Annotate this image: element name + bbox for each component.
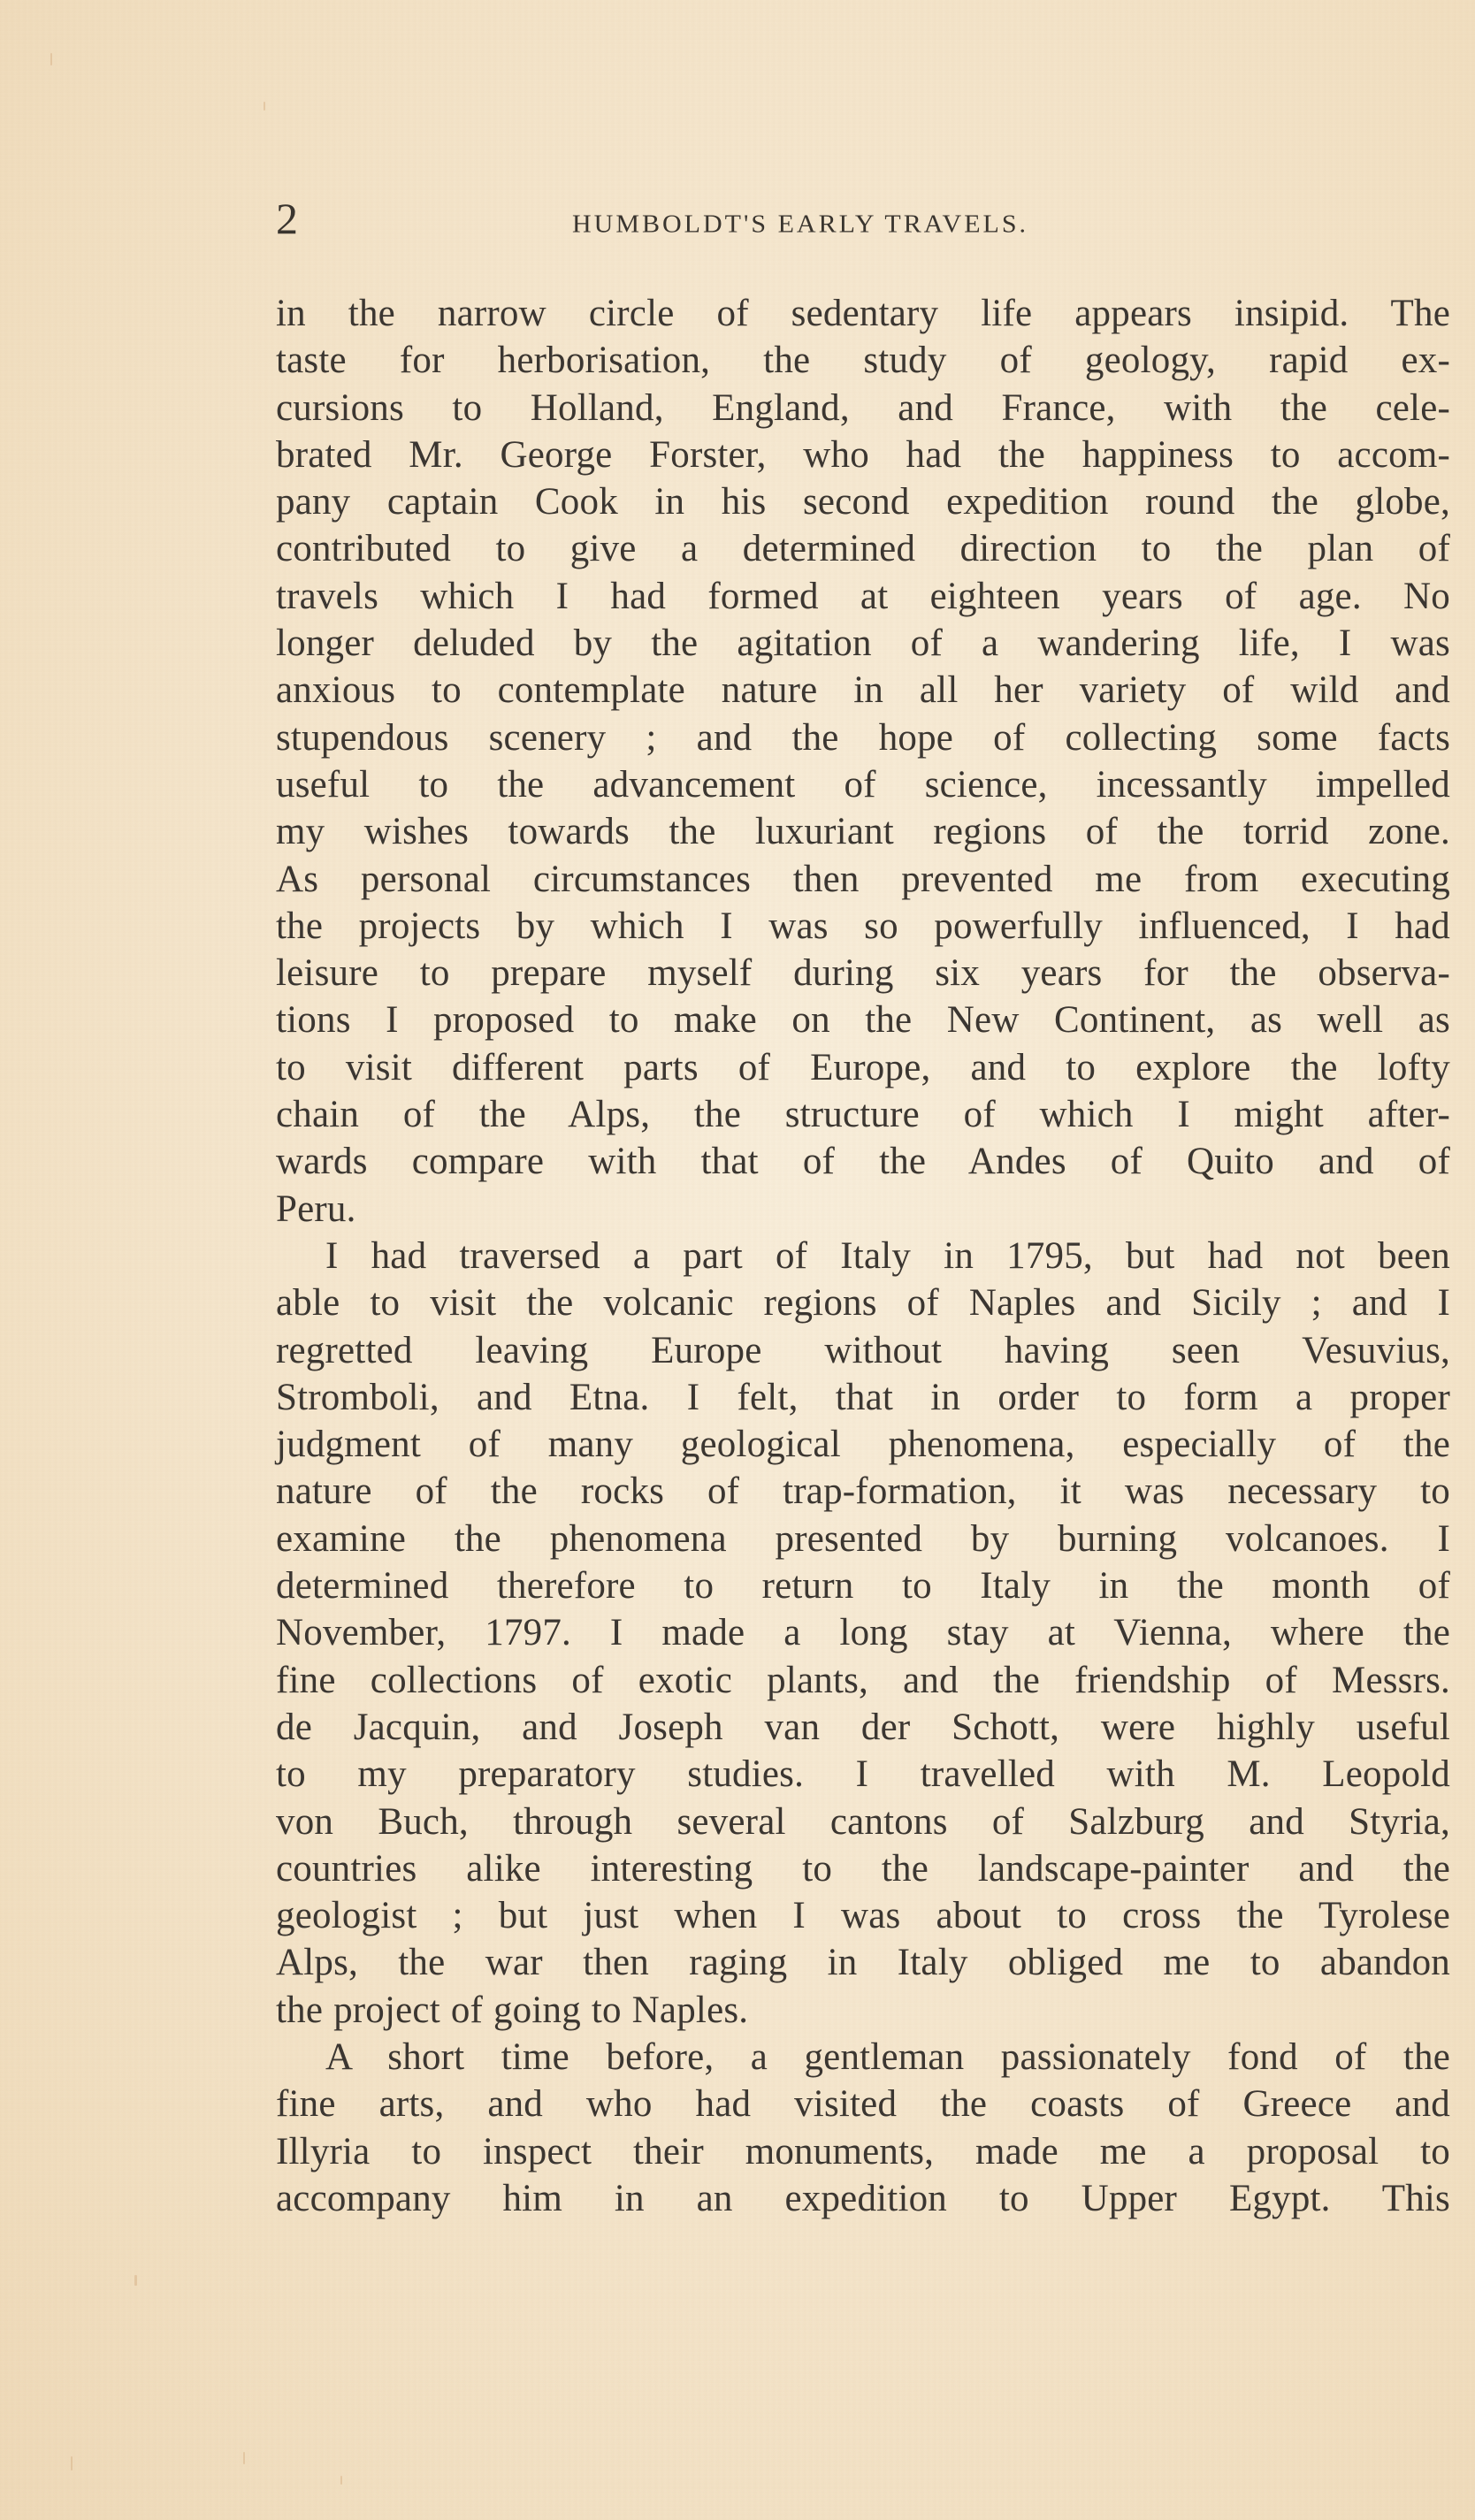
text-line: longer deluded by the agitation of a wan… bbox=[276, 620, 1450, 667]
text-line: accompany him in an expedition to Upper … bbox=[276, 2175, 1450, 2222]
text-line: pany captain Cook in his second expediti… bbox=[276, 478, 1450, 525]
text-line: leisure to prepare myself during six yea… bbox=[276, 950, 1450, 997]
text-line: my wishes towards the luxuriant regions … bbox=[276, 808, 1450, 855]
text-line: to visit different parts of Europe, and … bbox=[276, 1044, 1450, 1091]
paper-fleck bbox=[71, 2456, 73, 2470]
text-line: wards compare with that of the Andes of … bbox=[276, 1138, 1450, 1185]
text-line: I had traversed a part of Italy in 1795,… bbox=[276, 1233, 1450, 1279]
text-line: to my preparatory studies. I travelled w… bbox=[276, 1751, 1450, 1798]
text-line: determined therefore to return to Italy … bbox=[276, 1562, 1450, 1609]
text-line: cursions to Holland, England, and France… bbox=[276, 385, 1450, 431]
paper-fleck bbox=[134, 2275, 137, 2286]
running-title: Humboldt's Early Travels. bbox=[572, 210, 1028, 240]
text-line: regretted leaving Europe without having … bbox=[276, 1327, 1450, 1374]
text-line: Alps, the war then raging in Italy oblig… bbox=[276, 1939, 1450, 1986]
text-line: nature of the rocks of trap-formation, i… bbox=[276, 1468, 1450, 1515]
text-line: the project of going to Naples. bbox=[276, 1987, 1450, 2034]
running-head: 2 Humboldt's Early Travels. bbox=[276, 196, 1450, 241]
text-line: judgment of many geological phenomena, e… bbox=[276, 1421, 1450, 1468]
paragraph: in the narrow circle of sedentary life a… bbox=[276, 290, 1450, 1233]
text-line: brated Mr. George Forster, who had the h… bbox=[276, 431, 1450, 478]
body-text: in the narrow circle of sedentary life a… bbox=[276, 290, 1450, 2222]
text-line: geologist ; but just when I was about to… bbox=[276, 1892, 1450, 1939]
paper-fleck bbox=[243, 2452, 245, 2464]
text-line: stupendous scenery ; and the hope of col… bbox=[276, 714, 1450, 761]
text-line: chain of the Alps, the structure of whic… bbox=[276, 1091, 1450, 1138]
text-line: contributed to give a determined directi… bbox=[276, 525, 1450, 572]
text-line: taste for herborisation, the study of ge… bbox=[276, 337, 1450, 384]
text-line: tions I proposed to make on the New Cont… bbox=[276, 997, 1450, 1043]
text-line: As personal circumstances then prevented… bbox=[276, 856, 1450, 903]
text-line: fine arts, and who had visited the coast… bbox=[276, 2081, 1450, 2127]
paper-fleck bbox=[50, 53, 52, 65]
text-line: anxious to contemplate nature in all her… bbox=[276, 667, 1450, 714]
text-line: the projects by which I was so powerfull… bbox=[276, 903, 1450, 950]
paper-fleck bbox=[340, 2476, 342, 2485]
text-line: von Buch, through several cantons of Sal… bbox=[276, 1798, 1450, 1845]
text-line: able to visit the volcanic regions of Na… bbox=[276, 1279, 1450, 1326]
page-number: 2 bbox=[276, 196, 298, 241]
text-line: November, 1797. I made a long stay at Vi… bbox=[276, 1609, 1450, 1656]
text-line: Illyria to inspect their monuments, made… bbox=[276, 2128, 1450, 2175]
text-line: A short time before, a gentleman passion… bbox=[276, 2034, 1450, 2081]
text-line: examine the phenomena presented by burni… bbox=[276, 1516, 1450, 1562]
text-line: countries alike interesting to the lands… bbox=[276, 1845, 1450, 1892]
paper-fleck bbox=[264, 102, 265, 111]
paragraph: I had traversed a part of Italy in 1795,… bbox=[276, 1233, 1450, 2034]
text-line: de Jacquin, and Joseph van der Schott, w… bbox=[276, 1704, 1450, 1751]
text-line: in the narrow circle of sedentary life a… bbox=[276, 290, 1450, 337]
text-line: fine collections of exotic plants, and t… bbox=[276, 1657, 1450, 1704]
text-line: travels which I had formed at eighteen y… bbox=[276, 573, 1450, 620]
paragraph: A short time before, a gentleman passion… bbox=[276, 2034, 1450, 2222]
text-line: Stromboli, and Etna. I felt, that in ord… bbox=[276, 1374, 1450, 1421]
text-line: useful to the advancement of science, in… bbox=[276, 761, 1450, 808]
text-line: Peru. bbox=[276, 1186, 1450, 1233]
